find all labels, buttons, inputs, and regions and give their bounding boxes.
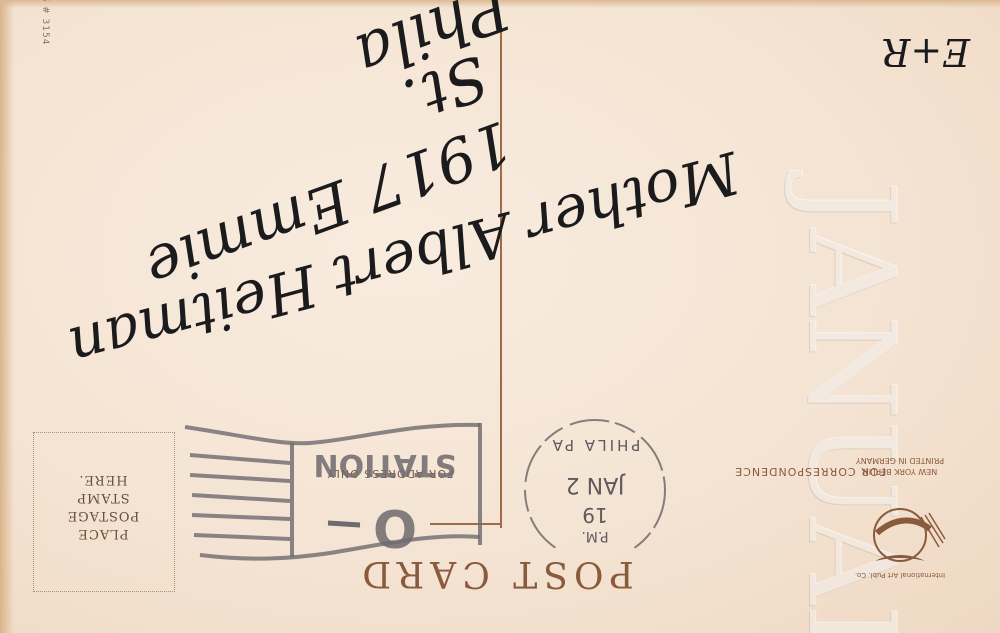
flag-cancel: STATION O [180,415,490,565]
stamp-instructions: PLACE POSTAGE STAMP HERE. [33,470,173,542]
publisher-name: International Art Publ. Co. [855,571,945,579]
stamp-line: STAMP [33,488,173,506]
station-text: STATION [314,447,457,482]
publisher-printed: PRINTED IN GERMANY [835,455,965,466]
series-number: SERIES # 3154 [40,0,50,50]
postmark-date: JAN 2 [566,472,627,497]
handwritten-corner-mark: E+R [840,30,970,74]
postmark-year: 19 [582,503,607,527]
stamp-line: POSTAGE [33,506,173,524]
center-divider [500,28,502,528]
station-letter: O [373,497,417,557]
postmark-time: P.M. [581,528,608,544]
postmark-city: PHILA PA [550,436,641,454]
postcard: JANUARY POST CARD FOR CORRESPONDENCE FOR… [0,0,1000,633]
postmark: PHILA PA JAN 2 19 P.M. [505,410,680,550]
stamp-line: PLACE [33,524,173,542]
publisher-cities: NEW YORK BERLIN [835,466,965,477]
edge-stain [0,0,14,633]
stamp-line: HERE. [33,470,173,488]
publisher-imprint: NEW YORK BERLIN PRINTED IN GERMANY [835,455,965,477]
publisher-logo: International Art Publ. Co. [855,495,950,585]
